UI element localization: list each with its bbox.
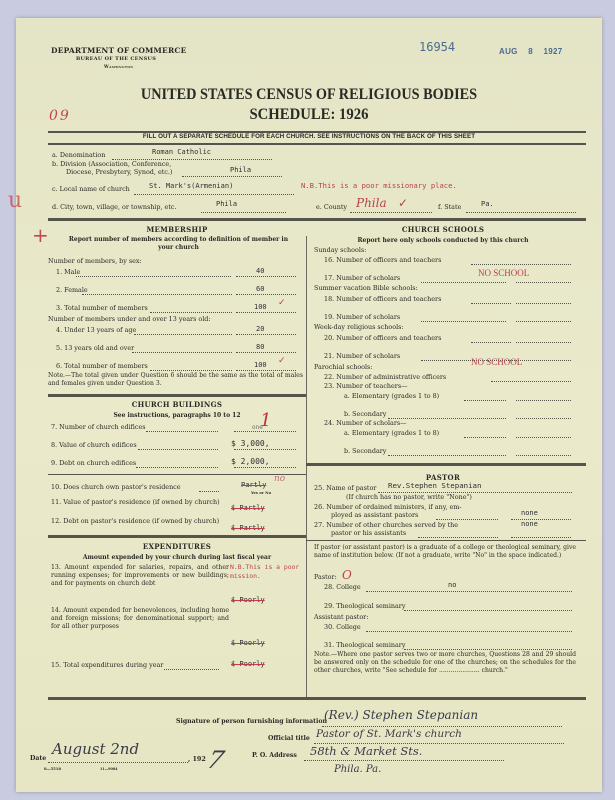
other-churches-value[interactable]: none [521, 520, 538, 528]
parochial-teachers-elementary-line [464, 400, 506, 401]
edifices-value-value-line [234, 449, 296, 450]
divider-instructions [48, 143, 586, 145]
pastor-note: Note.—Where one pastor serves two or mor… [314, 651, 576, 676]
edifices-count-value-line [234, 431, 296, 432]
divider-membership [48, 394, 306, 397]
membership-subheading: Report number of members according to de… [66, 236, 291, 252]
sunday-scholars-value-line [516, 282, 571, 283]
residence-value-value[interactable]: $ Partly [231, 504, 265, 512]
benevolences-value[interactable]: $ Poorly [231, 639, 265, 647]
ordained-value[interactable]: none [521, 509, 538, 517]
pastor-name-value[interactable]: Rev.Stephen Stepanian [388, 481, 481, 490]
form-code-right: 11—9084 [100, 767, 118, 771]
assistant-pastor-label: Assistant pastor: [314, 613, 368, 621]
total-members-value-line [236, 312, 296, 313]
ordained-line [436, 519, 498, 520]
parochial-scholars-secondary-label: b. Secondary [344, 447, 386, 455]
under-13-label: 4. Under 13 years of age [56, 326, 136, 334]
sunday-officers-line [471, 264, 571, 265]
city-value[interactable]: Phila [216, 200, 237, 208]
female-value-line [236, 294, 296, 295]
asst-college-line [366, 631, 572, 632]
bureau-name: BUREAU OF THE CENSUS [76, 56, 156, 62]
female-label: 2. Female [56, 286, 88, 294]
residence-debt-value[interactable]: $ Partly [231, 524, 265, 532]
division-label-1: b. Division (Association, Conference, [52, 160, 171, 168]
divider-schools [306, 463, 586, 466]
asst-seminary-line [404, 649, 572, 650]
parochial-scholars-elementary-value-line [516, 437, 571, 438]
no-school-parochial: NO SCHOOL [471, 357, 522, 367]
edifices-value-label: 8. Value of church edifices [51, 441, 137, 449]
department-name: DEPARTMENT OF COMMERCE [51, 46, 187, 55]
edifices-debt-value-line [234, 467, 296, 468]
parochial-admin-line [491, 381, 571, 382]
denomination-value[interactable]: Roman Catholic [152, 148, 211, 156]
serial-number: 16954 [419, 40, 455, 54]
column-divider [306, 236, 307, 699]
total-by-age-label: 6. Total number of members [56, 362, 148, 370]
margin-mark-u: u [8, 188, 22, 213]
state-line [466, 212, 576, 213]
expenditures-subheading: Amount expended by your church during la… [48, 554, 306, 561]
form-code-left: 8—5518 [44, 766, 61, 771]
pastor-circle-mark: O [342, 568, 352, 582]
college-value[interactable]: no [448, 581, 456, 589]
edifices-debt-label: 9. Debt on church edifices [51, 459, 136, 467]
signature-value[interactable]: (Rev.) Stephen Stepanian [324, 708, 478, 722]
asst-seminary-label: 31. Theological seminary [324, 641, 405, 649]
total-by-age-value[interactable]: 100 [254, 361, 267, 369]
parochial-teachers-secondary-value-line [516, 418, 571, 419]
sunday-scholars-line [421, 282, 506, 283]
city-label: d. City, town, village, or township, etc… [52, 203, 177, 211]
edifices-value-value[interactable]: $ 3,000, [231, 439, 270, 448]
parochial-scholars-secondary-value-line [516, 455, 571, 456]
divider-identification [48, 218, 586, 221]
total-expenditures-line [164, 669, 219, 670]
parochial-teachers-secondary-label: b. Secondary [344, 410, 386, 418]
form-title: UNITED STATES CENSUS OF RELIGIOUS BODIES [39, 86, 578, 104]
divider-bottom [48, 697, 586, 700]
members-by-age-label: Number of members under and over 13 year… [48, 315, 211, 323]
form-subtitle: SCHEDULE: 1926 [39, 106, 578, 124]
parochial-scholars-label: 24. Number of scholars— [324, 419, 407, 427]
address-line [304, 760, 504, 761]
year-prefix: , 192 [188, 755, 206, 763]
denomination-label: a. Denomination [52, 151, 105, 159]
edifices-debt-value[interactable]: $ 2,000, [231, 457, 270, 466]
total-members-line [150, 312, 232, 313]
total-checkmark-icon: ✓ [278, 298, 286, 308]
owns-residence-line [199, 491, 219, 492]
total-by-age-line [150, 370, 232, 371]
male-label: 1. Male [56, 268, 80, 276]
local-name-label: c. Local name of church [52, 185, 130, 193]
total-expenditures-label: 15. Total expenditures during year [51, 661, 163, 669]
residence-debt-label: 12. Debt on pastor's residence (if owned… [51, 517, 231, 525]
edifices-value-line [138, 449, 218, 450]
running-expenses-value[interactable]: $ Poorly [231, 596, 265, 604]
census-schedule-page: DEPARTMENT OF COMMERCE BUREAU OF THE CEN… [16, 18, 602, 792]
year-suffix[interactable]: 7 [204, 746, 227, 774]
city-line [201, 212, 286, 213]
owns-residence-annotation: no [274, 474, 285, 484]
state-value[interactable]: Pa. [481, 200, 494, 208]
other-churches-line [418, 537, 498, 538]
pastor-sub-label: Pastor: [314, 573, 337, 581]
pastor-name-hint: (If church has no pastor, write "None") [346, 493, 472, 501]
summer-officers-value-line [516, 303, 571, 304]
ordained-value-line [511, 519, 571, 520]
summer-scholars-line [421, 321, 506, 322]
signature-line [322, 726, 562, 727]
residence-value-label: 11. Value of pastor's residence (if owne… [51, 498, 231, 506]
county-label: e. County [316, 203, 347, 211]
other-churches-label-2: pastor or his assistants [331, 529, 406, 537]
total-members-value[interactable]: 100 [254, 303, 267, 311]
pastor-name-label: 25. Name of pastor [314, 484, 376, 492]
parochial-scholars-elementary-line [464, 437, 506, 438]
sunday-scholars-label: 17. Number of scholars [324, 274, 400, 282]
other-churches-label-1: 27. Number of other churches served by t… [314, 521, 458, 529]
owns-residence-label: 10. Does church own pastor's residence [51, 483, 181, 491]
seminary-line [404, 610, 572, 611]
parochial-teachers-label: 23. Number of teachers— [324, 382, 408, 390]
division-value[interactable]: Phila [230, 166, 251, 174]
state-label: f. State [438, 203, 461, 211]
expenditures-note: N.B.This is a poor mission. [230, 563, 310, 581]
total-by-age-checkmark-icon: ✓ [278, 356, 286, 366]
ordained-label-2: ployed as assistant pastors [331, 511, 418, 519]
over-13-line [132, 352, 232, 353]
parochial-schools-label: Parochial schools: [314, 363, 373, 371]
parochial-scholars-elementary-label: a. Elementary (grades 1 to 8) [344, 429, 439, 437]
margin-mark-plus: + [32, 223, 49, 247]
college-line [366, 591, 572, 592]
bureau-city: Washington [104, 64, 133, 69]
asst-college-label: 30. College [324, 623, 361, 631]
under-13-value[interactable]: 20 [256, 325, 264, 333]
owns-residence-hint: Yes or No [251, 490, 271, 495]
other-churches-value-line [511, 537, 571, 538]
summer-officers-line [471, 303, 511, 304]
over-13-value-line [236, 352, 296, 353]
local-name-line [134, 194, 294, 195]
parochial-teachers-elementary-label: a. Elementary (grades 1 to 8) [344, 392, 439, 400]
over-13-value[interactable]: 80 [256, 343, 264, 351]
weekday-scholars-label: 21. Number of scholars [324, 352, 400, 360]
benevolences-label: 14. Amount expended for benevolences, in… [51, 607, 229, 632]
edifices-debt-line [136, 467, 218, 468]
official-title-value[interactable]: Pastor of St. Mark's church [316, 728, 462, 740]
summer-schools-label: Summer vacation Bible schools: [314, 284, 418, 292]
expenditures-heading: EXPENDITURES [48, 542, 306, 551]
college-label: 28. College [324, 583, 361, 591]
female-value[interactable]: 60 [256, 285, 264, 293]
county-checkmark-icon: ✓ [398, 196, 408, 210]
under-13-line [134, 334, 232, 335]
official-title-label: Official title [268, 735, 310, 742]
weekday-officers-line [471, 342, 511, 343]
parochial-admin-label: 22. Number of administrative officers [324, 373, 446, 381]
church-buildings-heading: CHURCH BUILDINGS [48, 400, 306, 409]
total-by-age-value-line [236, 370, 296, 371]
divider-buildings-mid [48, 474, 306, 475]
male-line [76, 276, 231, 277]
division-label-2: Diocese, Presbytery, Synod, etc.) [66, 168, 172, 176]
received-date-stamp: AUG 8 1927 [499, 47, 562, 56]
margin-code-mark: 09 [49, 108, 71, 124]
local-name-note: N.B.This is a poor missionary place. [301, 181, 457, 190]
total-expenditures-value[interactable]: $ Poorly [231, 660, 265, 668]
county-line [350, 212, 432, 213]
edifices-count-annotation: 1 [260, 410, 271, 431]
ordained-label-1: 26. Number of ordained ministers, if any… [314, 503, 462, 511]
division-line [182, 176, 282, 177]
date-label: Date [30, 755, 46, 762]
local-name-value[interactable]: St. Mark's(Armenian) [149, 182, 233, 190]
divider-pastor-mid [306, 540, 586, 541]
edifices-count-label: 7. Number of church edifices [51, 423, 146, 431]
summer-officers-label: 18. Number of officers and teachers [324, 295, 441, 303]
membership-heading: MEMBERSHIP [48, 225, 306, 234]
seminary-label: 29. Theological seminary [324, 602, 405, 610]
graduate-note: If pastor (or assistant pastor) is a gra… [314, 544, 576, 560]
running-expenses-label: 13. Amount expended for salaries, repair… [51, 564, 229, 589]
signature-label: Signature of person furnishing informati… [176, 718, 327, 725]
members-by-sex-label: Number of members, by sex: [48, 257, 142, 265]
male-value-line [236, 276, 296, 277]
weekday-schools-label: Week-day religious schools: [314, 323, 404, 331]
address-label: P. O. Address [252, 752, 297, 759]
male-value[interactable]: 40 [256, 267, 264, 275]
weekday-officers-value-line [516, 342, 571, 343]
instructions-banner: FILL OUT A SEPARATE SCHEDULE FOR EACH CH… [16, 133, 602, 140]
address-value-2[interactable]: Phila. Pa. [334, 764, 381, 775]
date-line [48, 762, 188, 763]
membership-note: Note.—The total given under Question 6 s… [48, 372, 303, 388]
divider-buildings [48, 535, 306, 538]
parochial-scholars-secondary-line [388, 455, 506, 456]
county-value[interactable]: Phila [356, 196, 387, 210]
under-13-value-line [236, 334, 296, 335]
female-line [82, 294, 232, 295]
summer-scholars-value-line [516, 321, 571, 322]
edifices-count-line [146, 431, 218, 432]
date-value[interactable]: August 2nd [52, 740, 139, 758]
sunday-officers-label: 16. Number of officers and teachers [324, 256, 441, 264]
total-members-label: 3. Total number of members [56, 304, 148, 312]
over-13-label: 5. 13 years old and over [56, 344, 134, 352]
owns-residence-value[interactable]: Partly [241, 481, 266, 489]
weekday-officers-label: 20. Number of officers and teachers [324, 334, 441, 342]
summer-scholars-label: 19. Number of scholars [324, 313, 400, 321]
sunday-schools-label: Sunday schools: [314, 246, 366, 254]
church-schools-heading: CHURCH SCHOOLS [308, 225, 578, 234]
parochial-teachers-elementary-value-line [516, 400, 571, 401]
address-value-1[interactable]: 58th & Market Sts. [310, 744, 422, 758]
church-schools-subheading: Report here only schools conducted by th… [308, 237, 578, 244]
no-school-sunday: NO SCHOOL [478, 268, 529, 278]
